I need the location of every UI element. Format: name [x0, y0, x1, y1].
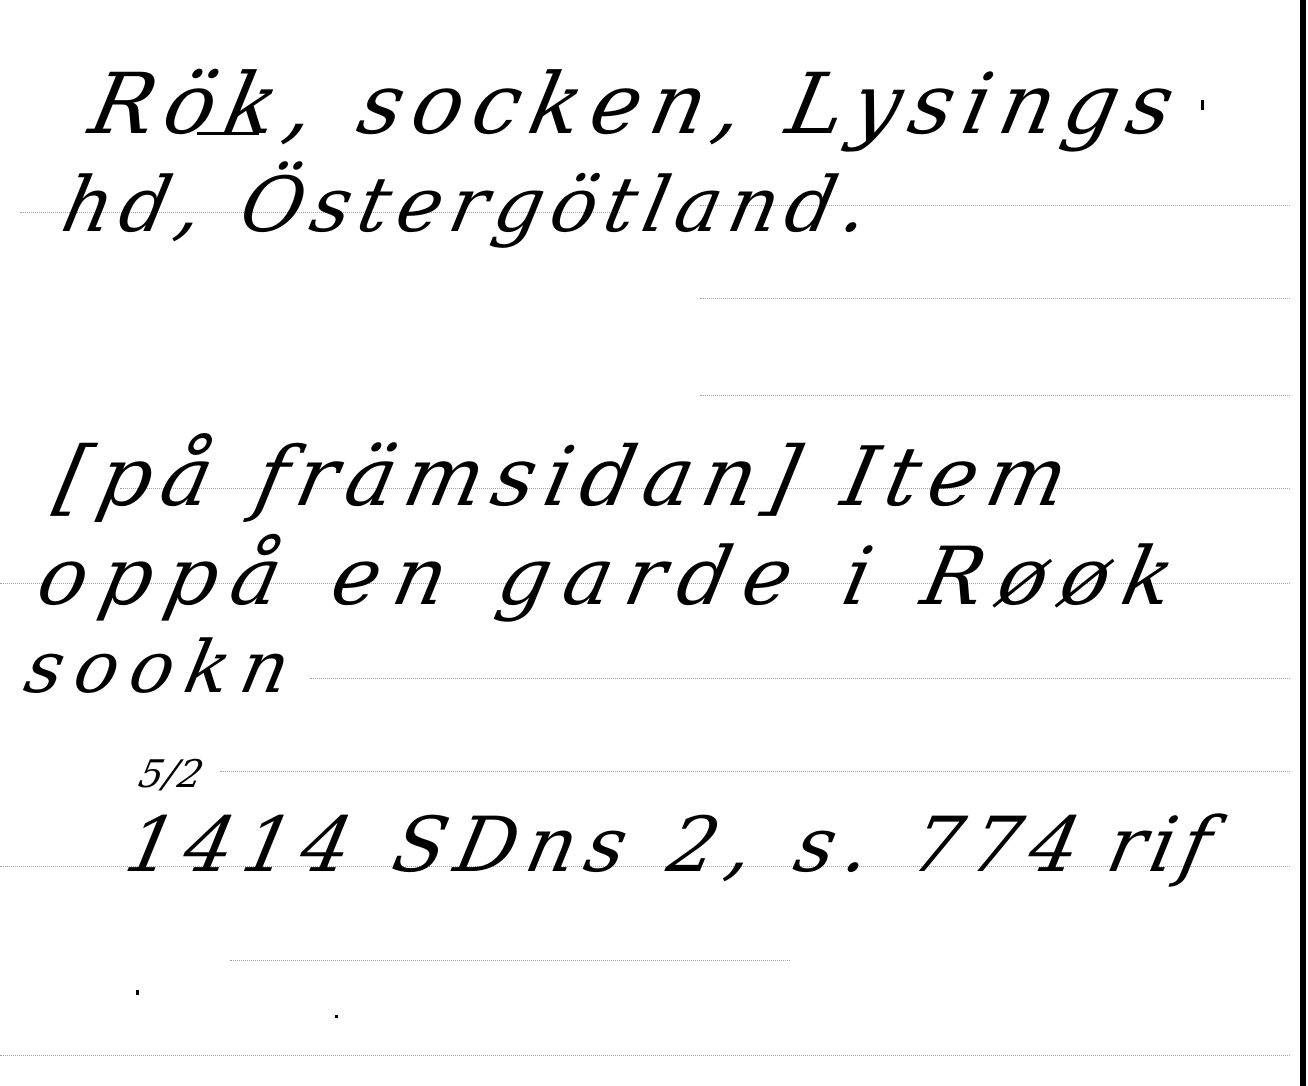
scan-speck [136, 990, 139, 995]
ruled-line [700, 298, 1290, 299]
underline-mark [197, 132, 259, 135]
date-fraction: 5/2 [135, 752, 209, 796]
ruled-line [220, 771, 1290, 772]
body-line-2: oppå en garde i Røøk [30, 530, 1196, 623]
body-line-3: sookn [18, 625, 310, 709]
ruled-line [230, 960, 790, 961]
body-line-1: [på främsidan] Item [48, 430, 1086, 525]
scan-speck [335, 1015, 338, 1018]
ruled-line [310, 678, 1290, 679]
signature: rif [1100, 800, 1226, 889]
card-edge-border [1300, 0, 1306, 1086]
scan-speck [1201, 100, 1204, 110]
source-citation: 1414 SDns 2, s. 774 [118, 800, 1099, 889]
ruled-line [700, 395, 1290, 396]
index-card: Rök, socken, Lysings hd, Östergötland. [… [0, 0, 1308, 1086]
heading-line-parish: Rök, socken, Lysings [82, 55, 1193, 153]
heading-line-province: hd, Östergötland. [55, 160, 885, 249]
ruled-line [0, 1055, 1290, 1056]
